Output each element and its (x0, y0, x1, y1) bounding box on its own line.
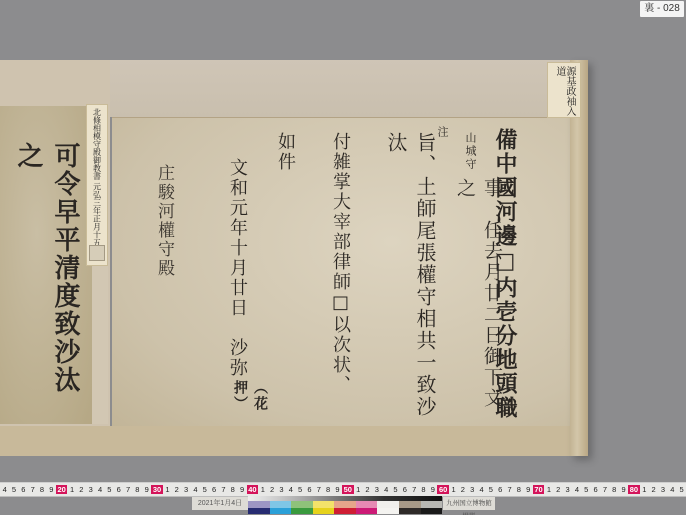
ruler-tick: 6 (114, 485, 123, 494)
ruler-tick: 3 (468, 485, 477, 494)
text-column-6: 如件 (272, 132, 298, 222)
ruler-tick: 9 (47, 485, 56, 494)
ruler-tick: 6 (591, 485, 600, 494)
ruler-tick: 80 (628, 485, 639, 494)
ruler-tick: 2 (363, 485, 372, 494)
text-column-5: 付雑掌大宰部律師□以次状、 (327, 132, 353, 422)
ruler-tick: 5 (391, 485, 400, 494)
ruler-tick: 5 (9, 485, 18, 494)
ruler-tick: 2 (172, 485, 181, 494)
ruler-tick: 5 (200, 485, 209, 494)
ruler-tick: 4 (191, 485, 200, 494)
ruler-tick: 2 (458, 485, 467, 494)
color-calibration-chart (248, 496, 442, 514)
ruler-tick: 30 (151, 485, 162, 494)
ruler-tick: 8 (133, 485, 142, 494)
ruler-tick: 9 (237, 485, 246, 494)
left-fragment-text: 可令早平清度致沙汰 之 (10, 142, 84, 422)
ruler-tick: 6 (496, 485, 505, 494)
color-swatch (334, 501, 356, 514)
ruler-tick: 9 (142, 485, 151, 494)
ruler-tick: 9 (428, 485, 437, 494)
ruler-tick: 6 (209, 485, 218, 494)
photo-credit: 九州国立博物館 撮影 (443, 497, 495, 510)
measurement-ruler: 4567892012345678930123456789401234567895… (0, 482, 686, 497)
ruler-tick: 1 (258, 485, 267, 494)
ruler-tick: 7 (123, 485, 132, 494)
ruler-tick: 3 (658, 485, 667, 494)
left-title-slip-text: 北條相模守殿御教書 元弘三年正月十五日 (93, 108, 102, 255)
ruler-tick: 5 (295, 485, 304, 494)
ruler-tick: 3 (181, 485, 190, 494)
mount-bottom-border (0, 426, 578, 456)
ruler-tick: 1 (449, 485, 458, 494)
ruler-tick: 2 (554, 485, 563, 494)
color-swatch (356, 501, 378, 514)
text-column-addressee: 庄駿河權守殿 (152, 164, 177, 344)
ruler-tick: 7 (505, 485, 514, 494)
ruler-tick: 5 (677, 485, 686, 494)
ruler-tick: 3 (372, 485, 381, 494)
ruler-tick: 1 (67, 485, 76, 494)
color-swatch (248, 501, 270, 514)
left-title-slip: 北條相模守殿御教書 元弘三年正月十五日 (86, 104, 108, 266)
ruler-tick: 4 (477, 485, 486, 494)
ruler-tick: 1 (544, 485, 553, 494)
mount-right-edge (570, 60, 588, 456)
ruler-tick: 1 (354, 485, 363, 494)
ruler-tick: 9 (619, 485, 628, 494)
ruler-tick: 4 (95, 485, 104, 494)
color-swatch (313, 501, 335, 514)
ruler-tick: 70 (533, 485, 544, 494)
text-column-4: 旨、土師尾張權守相共一致沙汰 (382, 132, 440, 422)
ruler-tick: 5 (582, 485, 591, 494)
kao-signature: （花押） (230, 380, 270, 430)
ruler-tick: 2 (649, 485, 658, 494)
handscroll: 可令早平清度致沙汰 之 北條相模守殿御教書 元弘三年正月十五日 備中國河邊□内壱… (0, 60, 588, 456)
ruler-tick: 7 (409, 485, 418, 494)
ruler-tick: 3 (277, 485, 286, 494)
right-title-slip: 源基政袖入道 (547, 62, 581, 118)
ruler-tick: 4 (286, 485, 295, 494)
ruler-tick: 60 (437, 485, 448, 494)
ruler-tick: 4 (0, 485, 9, 494)
color-swatch (377, 501, 399, 514)
left-document-fragment: 可令早平清度致沙汰 之 (0, 106, 92, 424)
right-title-slip-text: 源基政袖入道 (554, 66, 574, 117)
color-swatch-row (248, 501, 442, 514)
ruler-tick: 3 (86, 485, 95, 494)
ruler-tick: 1 (163, 485, 172, 494)
ruler-tick: 6 (305, 485, 314, 494)
seal-stamp (89, 245, 105, 261)
ruler-tick: 8 (610, 485, 619, 494)
ruler-tick: 40 (247, 485, 258, 494)
ruler-tick: 50 (342, 485, 353, 494)
ruler-tick: 5 (486, 485, 495, 494)
ruler-tick: 4 (382, 485, 391, 494)
ruler-tick: 7 (219, 485, 228, 494)
ruler-tick: 8 (228, 485, 237, 494)
ruler-tick: 6 (19, 485, 28, 494)
page-label: 裏 - 028 (640, 1, 684, 17)
ruler-tick: 20 (56, 485, 67, 494)
ruler-tick: 7 (314, 485, 323, 494)
text-column-3: 事、任去月廿二日御下文之 (452, 178, 506, 418)
ruler-tick: 8 (419, 485, 428, 494)
ruler-tick: 7 (600, 485, 609, 494)
ruler-tick: 9 (333, 485, 342, 494)
color-swatch (270, 501, 292, 514)
ruler-tick: 1 (640, 485, 649, 494)
main-document: 備中國河邊□内壱分地頭職 山城守 事、任去月廿二日御下文之 注 旨、土師尾張權守… (112, 117, 578, 427)
ruler-tick: 8 (323, 485, 332, 494)
ruler-tick: 2 (77, 485, 86, 494)
text-column-date: 文和元年十月廿日 沙弥 (224, 158, 250, 378)
ruler-tick: 4 (668, 485, 677, 494)
ruler-tick: 8 (37, 485, 46, 494)
ruler-tick: 7 (28, 485, 37, 494)
ruler-tick: 2 (267, 485, 276, 494)
color-swatch (421, 501, 443, 514)
ruler-tick: 4 (572, 485, 581, 494)
ruler-tick: 9 (524, 485, 533, 494)
ruler-tick: 8 (514, 485, 523, 494)
color-swatch (291, 501, 313, 514)
date-label: 2021年1月4日 (192, 497, 248, 510)
ruler-tick: 3 (563, 485, 572, 494)
ruler-tick: 5 (105, 485, 114, 494)
ruler-tick: 6 (400, 485, 409, 494)
color-swatch (399, 501, 421, 514)
